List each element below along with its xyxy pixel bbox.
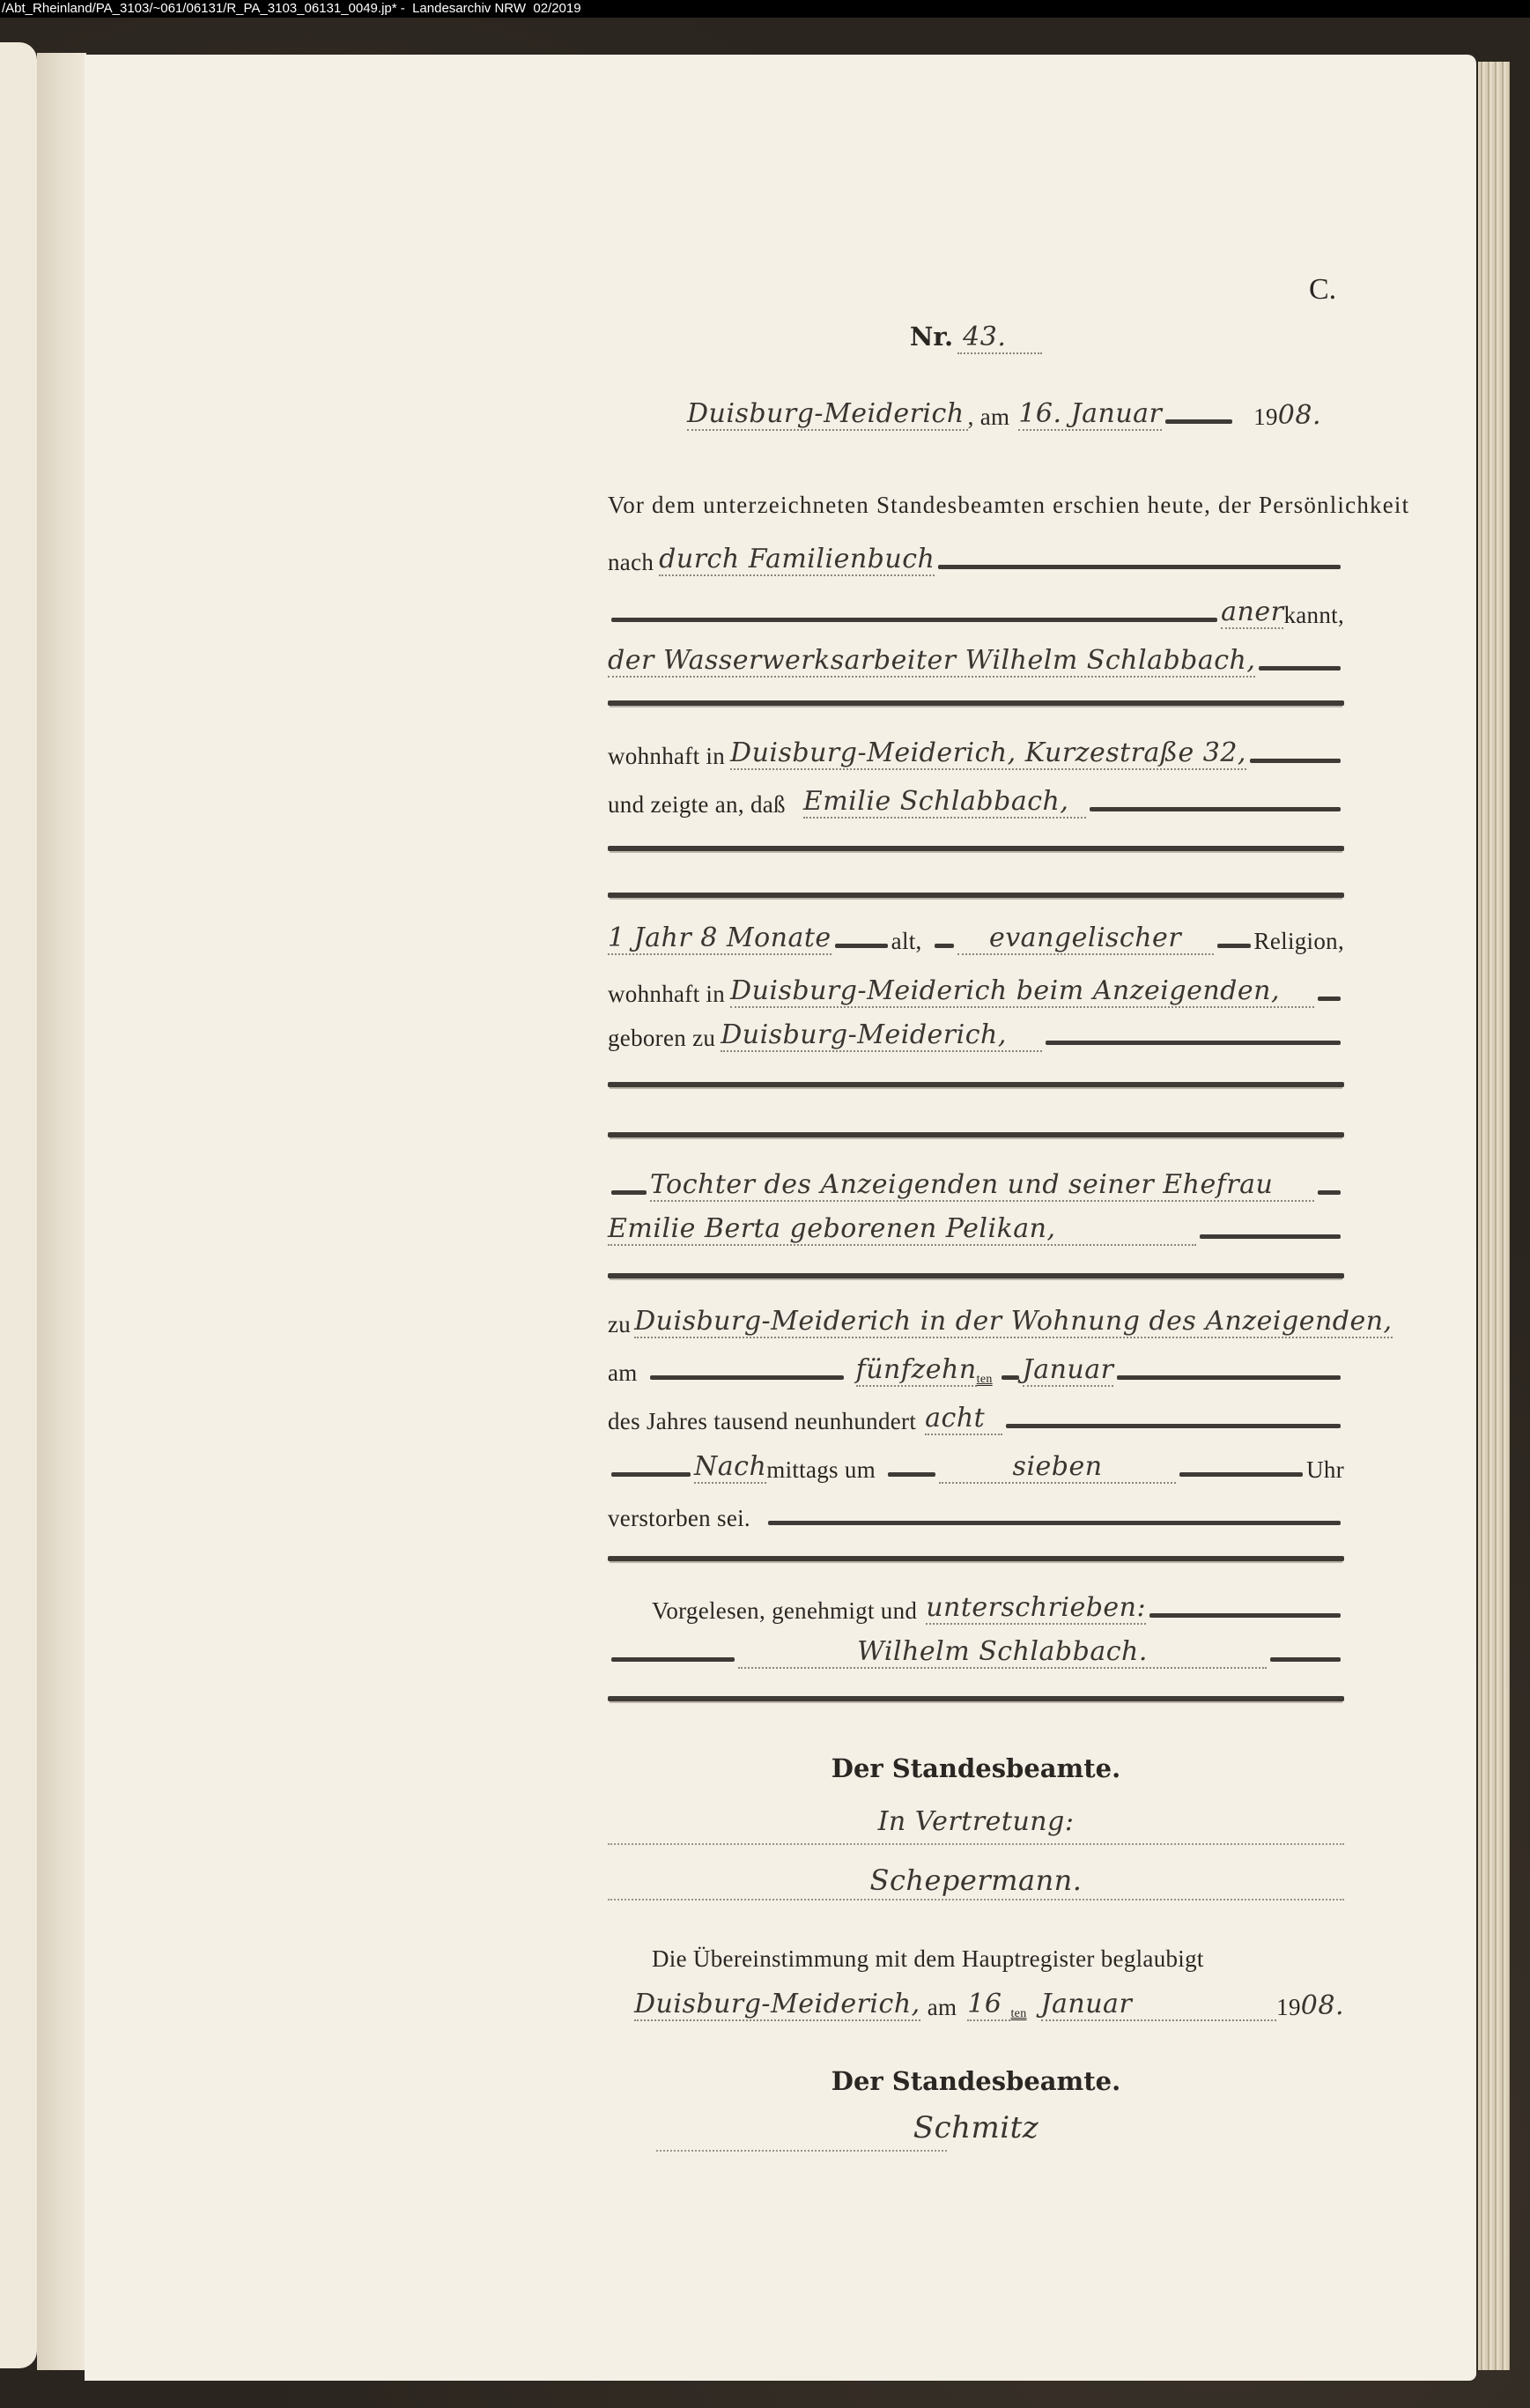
signature-dotted-line xyxy=(656,2150,947,2152)
declarant-residence: Duisburg-Meiderich, Kurzestraße 32, xyxy=(730,737,1246,770)
filler-dash xyxy=(1002,1375,1019,1380)
filler-dash xyxy=(935,944,954,948)
filler-dash xyxy=(888,1472,935,1477)
filler-dash xyxy=(1200,1234,1341,1239)
filler-dash xyxy=(1259,666,1341,671)
filler-dash xyxy=(650,1375,844,1380)
registrar-signature: Schepermann. xyxy=(870,1863,1083,1897)
blank-rule xyxy=(608,1556,1344,1561)
cert-registrar-heading: Der Standesbeamte. xyxy=(608,2066,1344,2096)
cert-month: Januar xyxy=(1041,1989,1277,2021)
cert-day: 16 xyxy=(967,1989,1010,2021)
header-place: Duisburg-Meiderich xyxy=(687,398,968,431)
registrar-heading: Der Standesbeamte. xyxy=(608,1753,1344,1783)
verstorben-line: verstorben sei. xyxy=(608,1493,1344,1532)
certification-line: Die Übereinstimmung mit dem Hauptregiste… xyxy=(652,1934,1344,1973)
vorgelesen-line: Vorgelesen, genehmigt und unterschrieben… xyxy=(652,1586,1344,1625)
left-page-edge xyxy=(0,42,37,2368)
geboren-label: geboren zu xyxy=(608,1025,715,1052)
filler-dash xyxy=(1179,1472,1303,1477)
cert-signature-block: Schmitz xyxy=(608,2110,1344,2145)
blank-rule xyxy=(608,1273,1344,1278)
death-year-line: des Jahres tausend neunhundert acht xyxy=(608,1397,1344,1435)
jahres-label: des Jahres tausend neunhundert xyxy=(608,1408,916,1435)
zu-label: zu xyxy=(608,1311,631,1338)
parentage-text-1: Tochter des Anzeigenden und seiner Ehefr… xyxy=(650,1169,1314,1202)
verstorben-label: verstorben sei. xyxy=(608,1505,750,1532)
declarant-line: der Wasserwerksarbeiter Wilhelm Schlabba… xyxy=(608,639,1344,678)
declarant-residence-line: wohnhaft in Duisburg-Meiderich, Kurzestr… xyxy=(608,731,1344,770)
window-title-bar: /Abt_Rheinland/PA_3103/~061/06131/R_PA_3… xyxy=(0,0,1530,18)
filler-dash xyxy=(611,1657,735,1662)
header-place-date: Duisburg-Meiderich , am 16. Januar 19 08… xyxy=(687,392,1321,431)
cert-year-prefix: 19 xyxy=(1276,1994,1301,2021)
registrar-note-block: In Vertretung: xyxy=(608,1806,1344,1837)
nach-label: nach xyxy=(608,549,654,576)
cert-am-label: am xyxy=(928,1994,957,2021)
record-number-label: Nr. xyxy=(910,322,953,352)
death-am-label: am xyxy=(608,1360,638,1387)
record-number: Nr. 43. xyxy=(608,322,1344,354)
filler-dash xyxy=(1117,1375,1341,1380)
filler-dash xyxy=(611,1472,691,1477)
age-religion-line: 1 Jahr 8 Monate alt, evangelischer Relig… xyxy=(608,916,1344,955)
anerkannt-prefix: aner xyxy=(1221,596,1283,629)
cert-signature: Schmitz xyxy=(913,2110,1038,2145)
blank-rule xyxy=(608,700,1344,706)
filler-dash xyxy=(835,944,888,948)
blank-rule xyxy=(608,846,1344,851)
intro-line: Vor dem unterzeichneten Standesbeamten e… xyxy=(608,480,1344,519)
record-number-value: 43. xyxy=(957,322,1042,354)
blank-rule xyxy=(608,893,1344,898)
death-date-line: am fünfzehn ten Januar xyxy=(608,1348,1344,1387)
vorgelesen-label: Vorgelesen, genehmigt und xyxy=(652,1597,917,1625)
deceased-residence-line: wohnhaft in Duisburg-Meiderich beim Anze… xyxy=(608,969,1344,1008)
blank-rule xyxy=(608,1696,1344,1701)
filler-dash xyxy=(1046,1041,1341,1045)
death-day: fünfzehn xyxy=(856,1354,977,1387)
page-stack-edge xyxy=(1478,62,1510,2370)
certification-place-date: Duisburg-Meiderich, am 16 ten Januar 19 … xyxy=(634,1982,1344,2021)
death-time-line: Nach mittags um sieben Uhr xyxy=(608,1445,1344,1484)
filler-dash xyxy=(1149,1613,1341,1618)
section-letter: C. xyxy=(1309,273,1336,307)
filler-dash xyxy=(768,1521,1341,1525)
mittags-label: mittags um xyxy=(766,1456,876,1484)
declarant-signature-line: Wilhelm Schlabbach. xyxy=(608,1630,1344,1669)
filler-dash xyxy=(1165,419,1232,424)
parentage-line-2: Emilie Berta geborenen Pelikan, xyxy=(608,1207,1344,1246)
filler-dash xyxy=(1318,997,1341,1001)
header-date: 16. Januar xyxy=(1018,398,1162,431)
identity-proof-line: nach durch Familienbuch xyxy=(608,537,1344,576)
birthplace-line: geboren zu Duisburg-Meiderich, xyxy=(608,1013,1344,1052)
deceased-name: Emilie Schlabbach, xyxy=(803,786,1087,819)
header-year-suffix: 08. xyxy=(1278,400,1321,431)
anerkannt-line: aner kannt, xyxy=(608,590,1344,629)
registrar-signature-block: Schepermann. xyxy=(608,1863,1344,1897)
religion-label: Religion, xyxy=(1254,928,1344,955)
uhr-label: Uhr xyxy=(1306,1456,1344,1484)
deceased-name-line: und zeigte an, daß Emilie Schlabbach, xyxy=(608,780,1344,819)
declarant-name: der Wasserwerksarbeiter Wilhelm Schlabba… xyxy=(608,645,1255,678)
wohnhaft-label: wohnhaft in xyxy=(608,743,725,770)
filler-dash xyxy=(611,1190,647,1195)
window-title: /Abt_Rheinland/PA_3103/~061/06131/R_PA_3… xyxy=(2,1,581,16)
cert-year-suffix: 08. xyxy=(1301,1990,1344,2021)
vorgelesen-value: unterschrieben: xyxy=(926,1592,1146,1625)
signature-dotted-line xyxy=(608,1843,1344,1845)
filler-dash xyxy=(1250,759,1341,763)
death-place: Duisburg-Meiderich in der Wohnung des An… xyxy=(634,1306,1393,1338)
time-prefix: Nach xyxy=(694,1451,766,1484)
registrar-note: In Vertretung: xyxy=(878,1806,1075,1837)
deceased-age: 1 Jahr 8 Monate xyxy=(608,922,832,955)
deceased-religion: evangelischer xyxy=(957,922,1214,955)
blank-rule xyxy=(608,1132,1344,1137)
death-month: Januar xyxy=(1023,1354,1114,1387)
header-year-prefix: 19 xyxy=(1253,404,1278,431)
wohnhaft-label-2: wohnhaft in xyxy=(608,981,725,1008)
filler-dash xyxy=(1270,1657,1341,1662)
filler-dash xyxy=(1318,1190,1341,1195)
parentage-text-2: Emilie Berta geborenen Pelikan, xyxy=(608,1213,1196,1246)
death-place-line: zu Duisburg-Meiderich in der Wohnung des… xyxy=(608,1300,1344,1338)
intro-text: Vor dem unterzeichneten Standesbeamten e… xyxy=(608,492,1409,519)
identity-proof-value: durch Familienbuch xyxy=(659,544,935,576)
parentage-line-1: Tochter des Anzeigenden und seiner Ehefr… xyxy=(608,1163,1344,1202)
birthplace: Duisburg-Meiderich, xyxy=(721,1019,1042,1052)
cert-registrar-title: Der Standesbeamte. xyxy=(832,2066,1120,2096)
filler-dash xyxy=(1090,807,1341,811)
zeigte-label: und zeigte an, daß xyxy=(608,791,786,819)
anerkannt-label: kannt, xyxy=(1283,602,1344,629)
registrar-title: Der Standesbeamte. xyxy=(832,1753,1120,1783)
filler-dash xyxy=(1217,944,1251,948)
filler-dash xyxy=(938,565,1341,569)
declarant-signature: Wilhelm Schlabbach. xyxy=(738,1636,1267,1669)
header-am-label: , am xyxy=(968,404,1010,431)
cert-place: Duisburg-Meiderich, xyxy=(634,1989,920,2021)
filler-dash xyxy=(611,618,1217,622)
filler-dash xyxy=(1006,1424,1341,1428)
cert-day-suffix: ten xyxy=(1010,2007,1026,2021)
book-gutter xyxy=(37,53,86,2370)
death-hour: sieben xyxy=(939,1451,1176,1484)
blank-rule xyxy=(608,1082,1344,1087)
certification-text: Die Übereinstimmung mit dem Hauptregiste… xyxy=(652,1945,1204,1973)
death-day-suffix: ten xyxy=(977,1373,993,1387)
alt-label: alt, xyxy=(891,928,922,955)
deceased-residence: Duisburg-Meiderich beim Anzeigenden, xyxy=(730,975,1314,1008)
signature-dotted-line xyxy=(608,1899,1344,1900)
death-year-word: acht xyxy=(925,1403,1002,1435)
